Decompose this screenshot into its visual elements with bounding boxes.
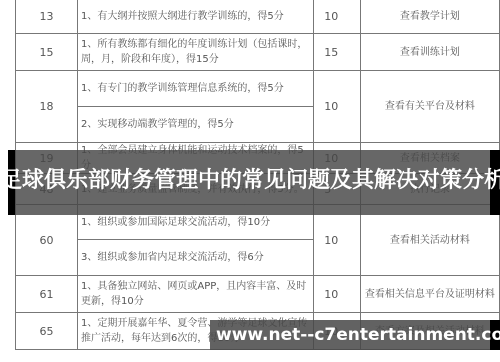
table-row: 15 1、所有教练都有细化的年度训练计划（包括课时，周，月，阶段和年度），得15… [16,34,500,71]
score-value: 10 [314,0,361,34]
table-row: 61 1、具备独立网站、网页或APP，且内容丰富、及时更新，得10分 10 查看… [16,276,500,313]
verification-method: 查看相关活动材料 [360,205,499,276]
criteria-text: 1、所有教练都有细化的年度训练计划（包括课时，周，月，阶段和年度），得15分 [78,34,314,71]
verification-method: 查看相关信息平台及证明材料 [360,276,499,313]
item-number: 65 [16,313,78,350]
criteria-text: 1、具备独立网站、网页或APP，且内容丰富、及时更新，得10分 [78,276,314,313]
table-row: 13 1、有大纲并按照大纲进行教学训练的，得5分 10 查看教学计划 [16,0,500,34]
score-value: 15 [314,34,361,71]
watermark-text: www.net--c7entertainment.com [216,321,496,349]
score-value: 10 [314,205,361,276]
verification-method: 查看训练计划 [360,34,499,71]
score-value: 10 [314,276,361,313]
criteria-text: 2、实现移动端教学管理的，得5分 [78,107,314,143]
criteria-text: 3、组织或参加省内足球交流活动，得6分 [78,240,314,276]
criteria-text: 1、有大纲并按照大纲进行教学训练的，得5分 [78,0,314,34]
verification-method: 查看教学计划 [360,0,499,34]
table-row: 18 1、有专门的教学训练管理信息系统的，得5分 10 查看有关平台及材料 [16,71,500,107]
item-number: 13 [16,0,78,34]
item-number: 60 [16,205,78,276]
item-number: 15 [16,34,78,71]
item-number: 18 [16,71,78,143]
score-value: 10 [314,71,361,143]
item-number: 61 [16,276,78,313]
verification-method: 查看有关平台及材料 [360,71,499,143]
criteria-text: 1、有专门的教学训练管理信息系统的，得5分 [78,71,314,107]
overlay-title: 足球俱乐部财务管理中的常见问题及其解决对策分析 [0,166,500,196]
